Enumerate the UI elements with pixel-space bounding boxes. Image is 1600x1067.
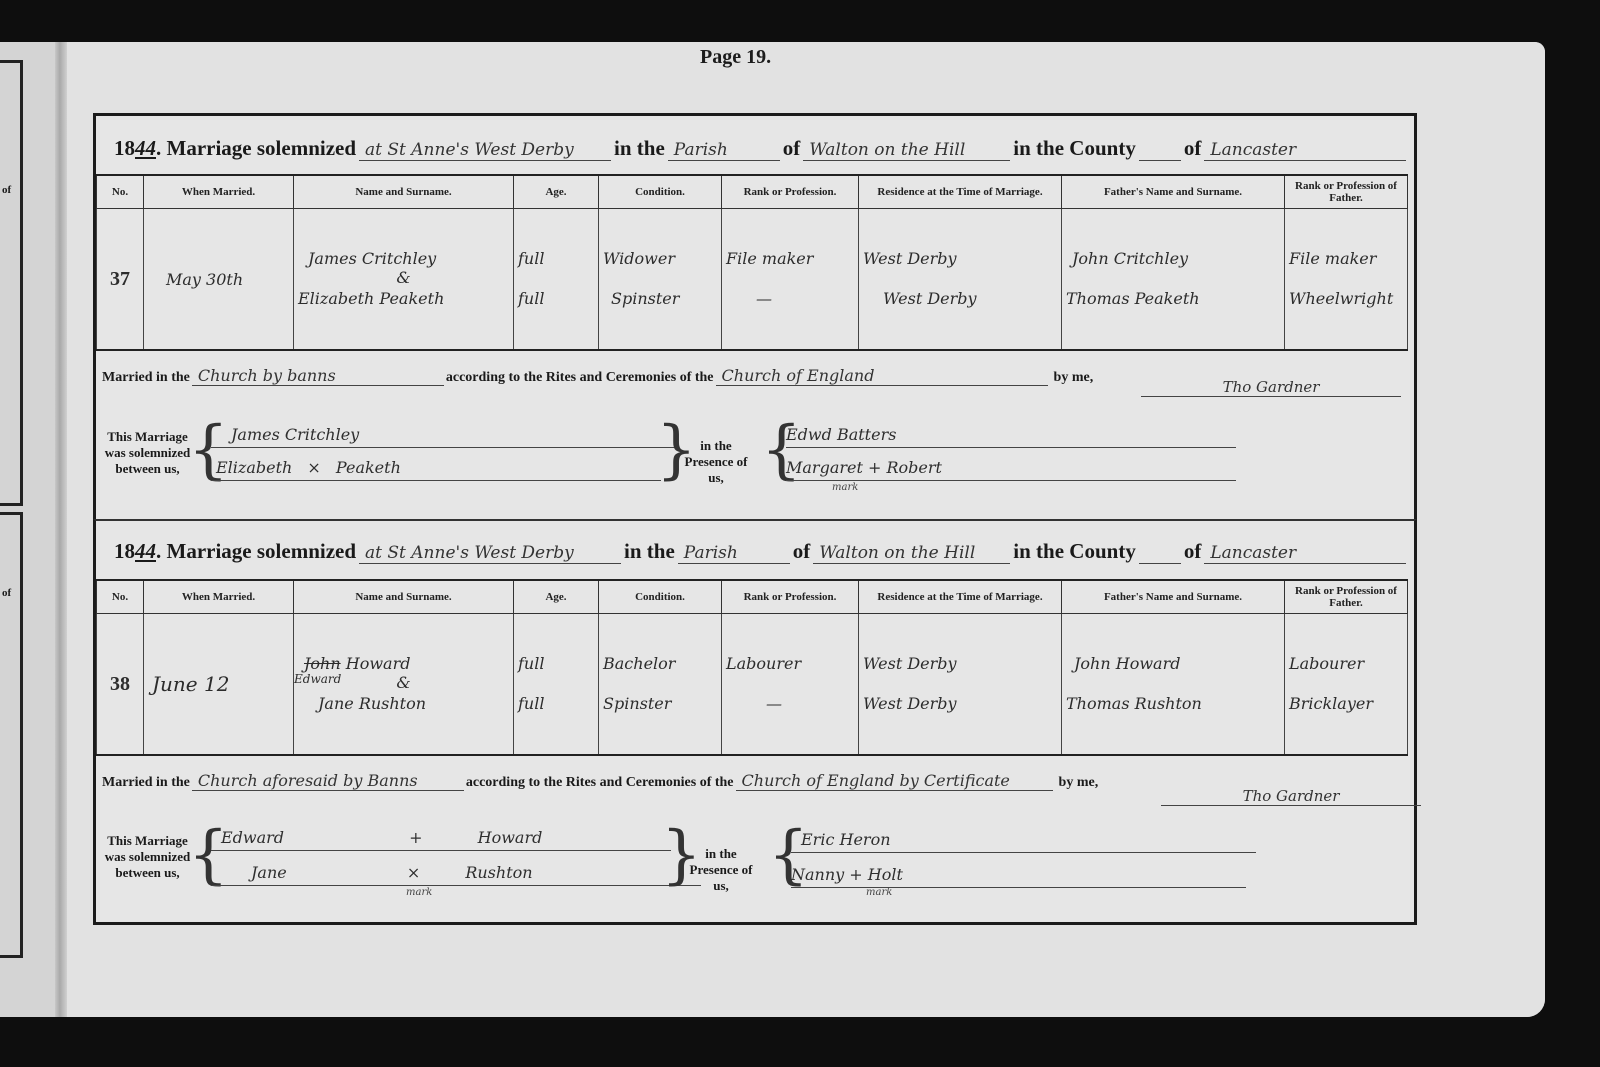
groom-father: John Howard (1066, 647, 1280, 681)
when-married: June 12 (144, 614, 294, 756)
fathers: John Critchley Thomas Peaketh (1062, 209, 1285, 351)
bride-father-rank: Bricklayer (1289, 687, 1403, 721)
left-page-fragment: of (2, 587, 11, 599)
district-field: Parish (678, 543, 790, 564)
rites-field: Church of England by Certificate (736, 771, 1053, 791)
groom-residence: West Derby (863, 647, 1057, 681)
ages: full full (514, 614, 599, 756)
date-value: May 30th (148, 270, 243, 289)
groom-father: John Critchley (1066, 242, 1280, 276)
groom-father-rank: Labourer (1289, 647, 1403, 681)
groom-mark-icon: + (409, 828, 422, 847)
year-prefix: 18 (114, 539, 135, 564)
county-suffix (1139, 563, 1181, 564)
col-rank: Rank or Profession. (722, 175, 859, 209)
groom-residence: West Derby (863, 242, 1057, 276)
bride-signature: Jane × Rushton (211, 861, 701, 886)
table-row: 37 May 30th James Critchley & Elizabeth … (97, 209, 1408, 351)
bride-condition: Spinster (603, 687, 717, 721)
place-field: at St Anne's West Derby (359, 543, 621, 564)
entry-number: 37 (97, 209, 144, 351)
when-married: May 30th (144, 209, 294, 351)
page-number: Page 19. (700, 46, 771, 69)
married-in-field: Church aforesaid by Banns (192, 771, 464, 791)
presence-label: in the Presence of us, (681, 846, 761, 894)
col-residence: Residence at the Time of Marriage. (859, 175, 1062, 209)
marriage-entry-37: 1844. Marriage solemnized at St Anne's W… (93, 113, 1417, 522)
bride-residence: West Derby (863, 687, 1057, 721)
officiant-signature: Tho Gardner (1141, 378, 1401, 397)
conditions: Widower Spinster (599, 209, 722, 351)
headline-label: . Marriage solemnized (156, 136, 356, 161)
witness-2-signature: Nanny + Holt (791, 863, 1246, 888)
in-the-label: in the (614, 136, 665, 161)
col-condition: Condition. (599, 175, 722, 209)
left-page-border-bottom (0, 512, 23, 958)
county-of-label: of (1184, 539, 1202, 564)
bride-name: Jane Rushton (298, 687, 509, 721)
bride-name: Elizabeth Peaketh (298, 282, 509, 316)
by-me-label: by me, (1054, 370, 1094, 386)
names: James Critchley & Elizabeth Peaketh (294, 209, 514, 351)
married-in-line: Married in the Church by banns according… (102, 366, 1093, 386)
groom-age: full (518, 647, 594, 681)
table-row: 38 June 12 John Howard Edward & Jane Rus… (97, 614, 1408, 756)
name-correction: Edward (294, 672, 341, 686)
groom-sig-first: Edward (221, 828, 284, 847)
in-the-label: in the (624, 539, 675, 564)
witness-1-signature: Eric Heron (791, 828, 1256, 853)
married-in-label: Married in the (102, 775, 190, 791)
parish-field: Walton on the Hill (803, 140, 1010, 161)
county-field: Lancaster (1204, 140, 1406, 161)
col-father-name: Father's Name and Surname. (1062, 175, 1285, 209)
groom-father-rank: File maker (1289, 242, 1403, 276)
father-ranks: Labourer Bricklayer (1285, 614, 1408, 756)
year-suffix: 44 (135, 136, 156, 161)
ages: full full (514, 209, 599, 351)
groom-signature: Edward + Howard (211, 826, 671, 851)
bride-father: Thomas Rushton (1066, 687, 1280, 721)
entry-number: 38 (97, 614, 144, 756)
col-father-rank: Rank or Profession of Father. (1285, 580, 1408, 614)
col-age: Age. (514, 175, 599, 209)
married-in-label: Married in the (102, 370, 190, 386)
headline-label: . Marriage solemnized (156, 539, 356, 564)
col-no: No. (97, 580, 144, 614)
bride-residence: West Derby (863, 282, 1057, 316)
bride-sig-last: Peaketh (336, 458, 401, 477)
mark-annotation: mark (866, 887, 892, 898)
col-name: Name and Surname. (294, 175, 514, 209)
county-label: in the County (1013, 136, 1136, 161)
bride-mark-icon: × (407, 863, 420, 882)
register-table: No. When Married. Name and Surname. Age.… (96, 579, 1408, 756)
bride-age: full (518, 687, 594, 721)
residences: West Derby West Derby (859, 614, 1062, 756)
by-me-label: by me, (1059, 775, 1099, 791)
witness-1-signature: Edwd Batters (786, 423, 1236, 448)
of-label: of (783, 136, 801, 161)
year-prefix: 18 (114, 136, 135, 161)
presence-label: in the Presence of us, (676, 438, 756, 486)
entry-headline: 1844. Marriage solemnized at St Anne's W… (114, 136, 1409, 161)
county-label: in the County (1013, 539, 1136, 564)
groom-rank: Labourer (726, 647, 854, 681)
bride-rank: — (726, 687, 854, 721)
left-page-fragment: of (2, 184, 11, 196)
bride-father: Thomas Peaketh (1066, 282, 1280, 316)
col-when-married: When Married. (144, 175, 294, 209)
header-row: No. When Married. Name and Surname. Age.… (97, 175, 1408, 209)
rites-label: according to the Rites and Ceremonies of… (466, 775, 734, 791)
bride-signature: Elizabeth × Peaketh (211, 456, 661, 481)
struck-name: John (304, 654, 341, 673)
groom-sig-last: Howard (478, 828, 543, 847)
col-condition: Condition. (599, 580, 722, 614)
bride-father-rank: Wheelwright (1289, 282, 1403, 316)
col-father-name: Father's Name and Surname. (1062, 580, 1285, 614)
bride-mark-icon: × (307, 458, 320, 477)
groom-signature: James Critchley (211, 423, 676, 448)
date-value: June 12 (148, 672, 229, 696)
parish-field: Walton on the Hill (813, 543, 1010, 564)
col-rank: Rank or Profession. (722, 580, 859, 614)
ranks: Labourer — (722, 614, 859, 756)
groom-surname: Howard (346, 654, 411, 673)
mark-annotation: mark (832, 482, 858, 493)
officiant-signature: Tho Gardner (1161, 787, 1421, 806)
col-residence: Residence at the Time of Marriage. (859, 580, 1062, 614)
col-when-married: When Married. (144, 580, 294, 614)
conditions: Bachelor Spinster (599, 614, 722, 756)
year-suffix: 44 (135, 539, 156, 564)
between-us-label: This Marriage was solemnized between us, (100, 833, 195, 881)
groom-condition: Widower (603, 242, 717, 276)
marriage-entry-38: 1844. Marriage solemnized at St Anne's W… (93, 519, 1417, 925)
register-table: No. When Married. Name and Surname. Age.… (96, 174, 1408, 351)
witness-2-signature: Margaret + Robert (786, 456, 1236, 481)
book-gutter (55, 42, 67, 1017)
col-name: Name and Surname. (294, 580, 514, 614)
county-suffix (1139, 160, 1181, 161)
county-field: Lancaster (1204, 543, 1406, 564)
bride-age: full (518, 282, 594, 316)
married-in-line: Married in the Church aforesaid by Banns… (102, 771, 1098, 791)
bride-rank: — (726, 282, 854, 316)
rites-field: Church of England (716, 366, 1048, 386)
rites-label: according to the Rites and Ceremonies of… (446, 370, 714, 386)
between-us-label: This Marriage was solemnized between us, (100, 429, 195, 477)
col-age: Age. (514, 580, 599, 614)
bride-sig-first: Jane (251, 863, 287, 882)
ranks: File maker — (722, 209, 859, 351)
left-page-edge: of of (0, 42, 60, 1017)
header-row: No. When Married. Name and Surname. Age.… (97, 580, 1408, 614)
county-of-label: of (1184, 136, 1202, 161)
groom-age: full (518, 242, 594, 276)
bride-sig-first: Elizabeth (216, 458, 292, 477)
col-father-rank: Rank or Profession of Father. (1285, 175, 1408, 209)
district-field: Parish (668, 140, 780, 161)
col-no: No. (97, 175, 144, 209)
of-label: of (793, 539, 811, 564)
place-field: at St Anne's West Derby (359, 140, 611, 161)
married-in-field: Church by banns (192, 366, 444, 386)
names: John Howard Edward & Jane Rushton (294, 614, 514, 756)
bride-sig-last: Rushton (465, 863, 532, 882)
groom-condition: Bachelor (603, 647, 717, 681)
mark-annotation: mark (406, 887, 432, 898)
residences: West Derby West Derby (859, 209, 1062, 351)
bride-condition: Spinster (603, 282, 717, 316)
groom-rank: File maker (726, 242, 854, 276)
left-page-border-top (0, 60, 23, 506)
father-ranks: File maker Wheelwright (1285, 209, 1408, 351)
fathers: John Howard Thomas Rushton (1062, 614, 1285, 756)
entry-headline: 1844. Marriage solemnized at St Anne's W… (114, 539, 1409, 564)
